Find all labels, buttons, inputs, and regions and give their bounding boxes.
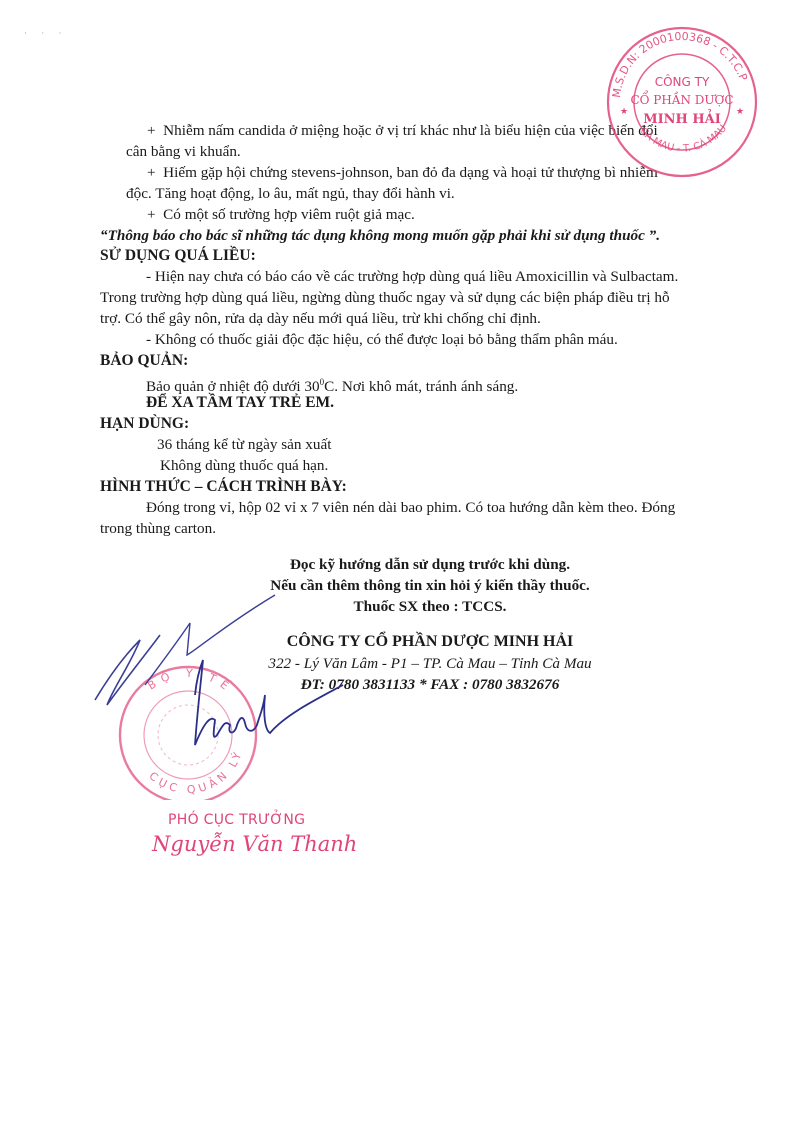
side-effect-item-3: + Có một số trường hợp viêm ruột giả mạc… [147,205,415,225]
svg-text:★: ★ [736,106,744,116]
overdose-para2: - Không có thuốc giải độc đặc hiệu, có t… [146,330,618,350]
company-stamp: M.S.D.N: 2000100368 - C.T.C.P CÀ MAU - T… [598,22,766,182]
signatory-name: Nguyễn Văn Thanh [152,832,357,856]
overdose-heading: SỬ DỤNG QUÁ LIỀU: [100,246,256,266]
side-effect-item-2-line2: độc. Tăng hoạt động, lo âu, mất ngủ, tha… [126,184,455,204]
expiry-line1: 36 tháng kể từ ngày sản xuất [157,435,331,455]
packaging-line2: trong thùng carton. [100,519,216,539]
svg-text:CÔNG TY: CÔNG TY [655,74,710,89]
svg-text:CÀ MAU - T. CÀ MAU: CÀ MAU - T. CÀ MAU [637,123,729,155]
svg-text:★: ★ [620,106,628,116]
handwritten-signature [85,585,345,785]
overdose-para1-line1: - Hiện nay chưa có báo cáo về các trường… [146,267,678,287]
document-page: · · · + Nhiễm nấm candida ở miệng hoặc ở… [0,0,800,1134]
storage-warning: ĐỂ XA TẦM TAY TRẺ EM. [146,393,334,413]
side-effect-item-1-line2: cân bằng vi khuẩn. [126,142,241,162]
side-effect-item-2-line1: + Hiếm gặp hội chứng stevens-johnson, ba… [147,163,658,183]
doctor-notice: “Thông báo cho bác sĩ những tác dụng khô… [100,226,660,246]
read-instructions: Đọc kỹ hướng dẫn sử dụng trước khi dùng. [230,555,630,575]
svg-text:CỔ PHẦN DƯỢC: CỔ PHẦN DƯỢC [630,89,733,107]
packaging-heading: HÌNH THỨC – CÁCH TRÌNH BÀY: [100,477,347,497]
overdose-para1-line2: Trong trường hợp dùng quá liều, ngừng dù… [100,288,670,308]
company-seal-icon: M.S.D.N: 2000100368 - C.T.C.P CÀ MAU - T… [598,22,766,182]
overdose-para1-line3: trợ. Có thể gây nôn, rửa dạ dày nếu mới … [100,309,541,329]
side-effect-item-1-line1: + Nhiễm nấm candida ở miệng hoặc ở vị tr… [147,121,658,141]
expiry-line2: Không dùng thuốc quá hạn. [160,456,328,476]
svg-text:MINH HẢI: MINH HẢI [643,109,721,127]
expiry-heading: HẠN DÙNG: [100,414,189,434]
scan-specks: · · · [24,28,68,38]
signatory-title: PHÓ CỤC TRƯỞNG [168,812,305,828]
packaging-line1: Đóng trong vỉ, hộp 02 vỉ x 7 viên nén dà… [146,498,675,518]
signature-icon [85,585,345,785]
storage-heading: BẢO QUẢN: [100,351,188,371]
